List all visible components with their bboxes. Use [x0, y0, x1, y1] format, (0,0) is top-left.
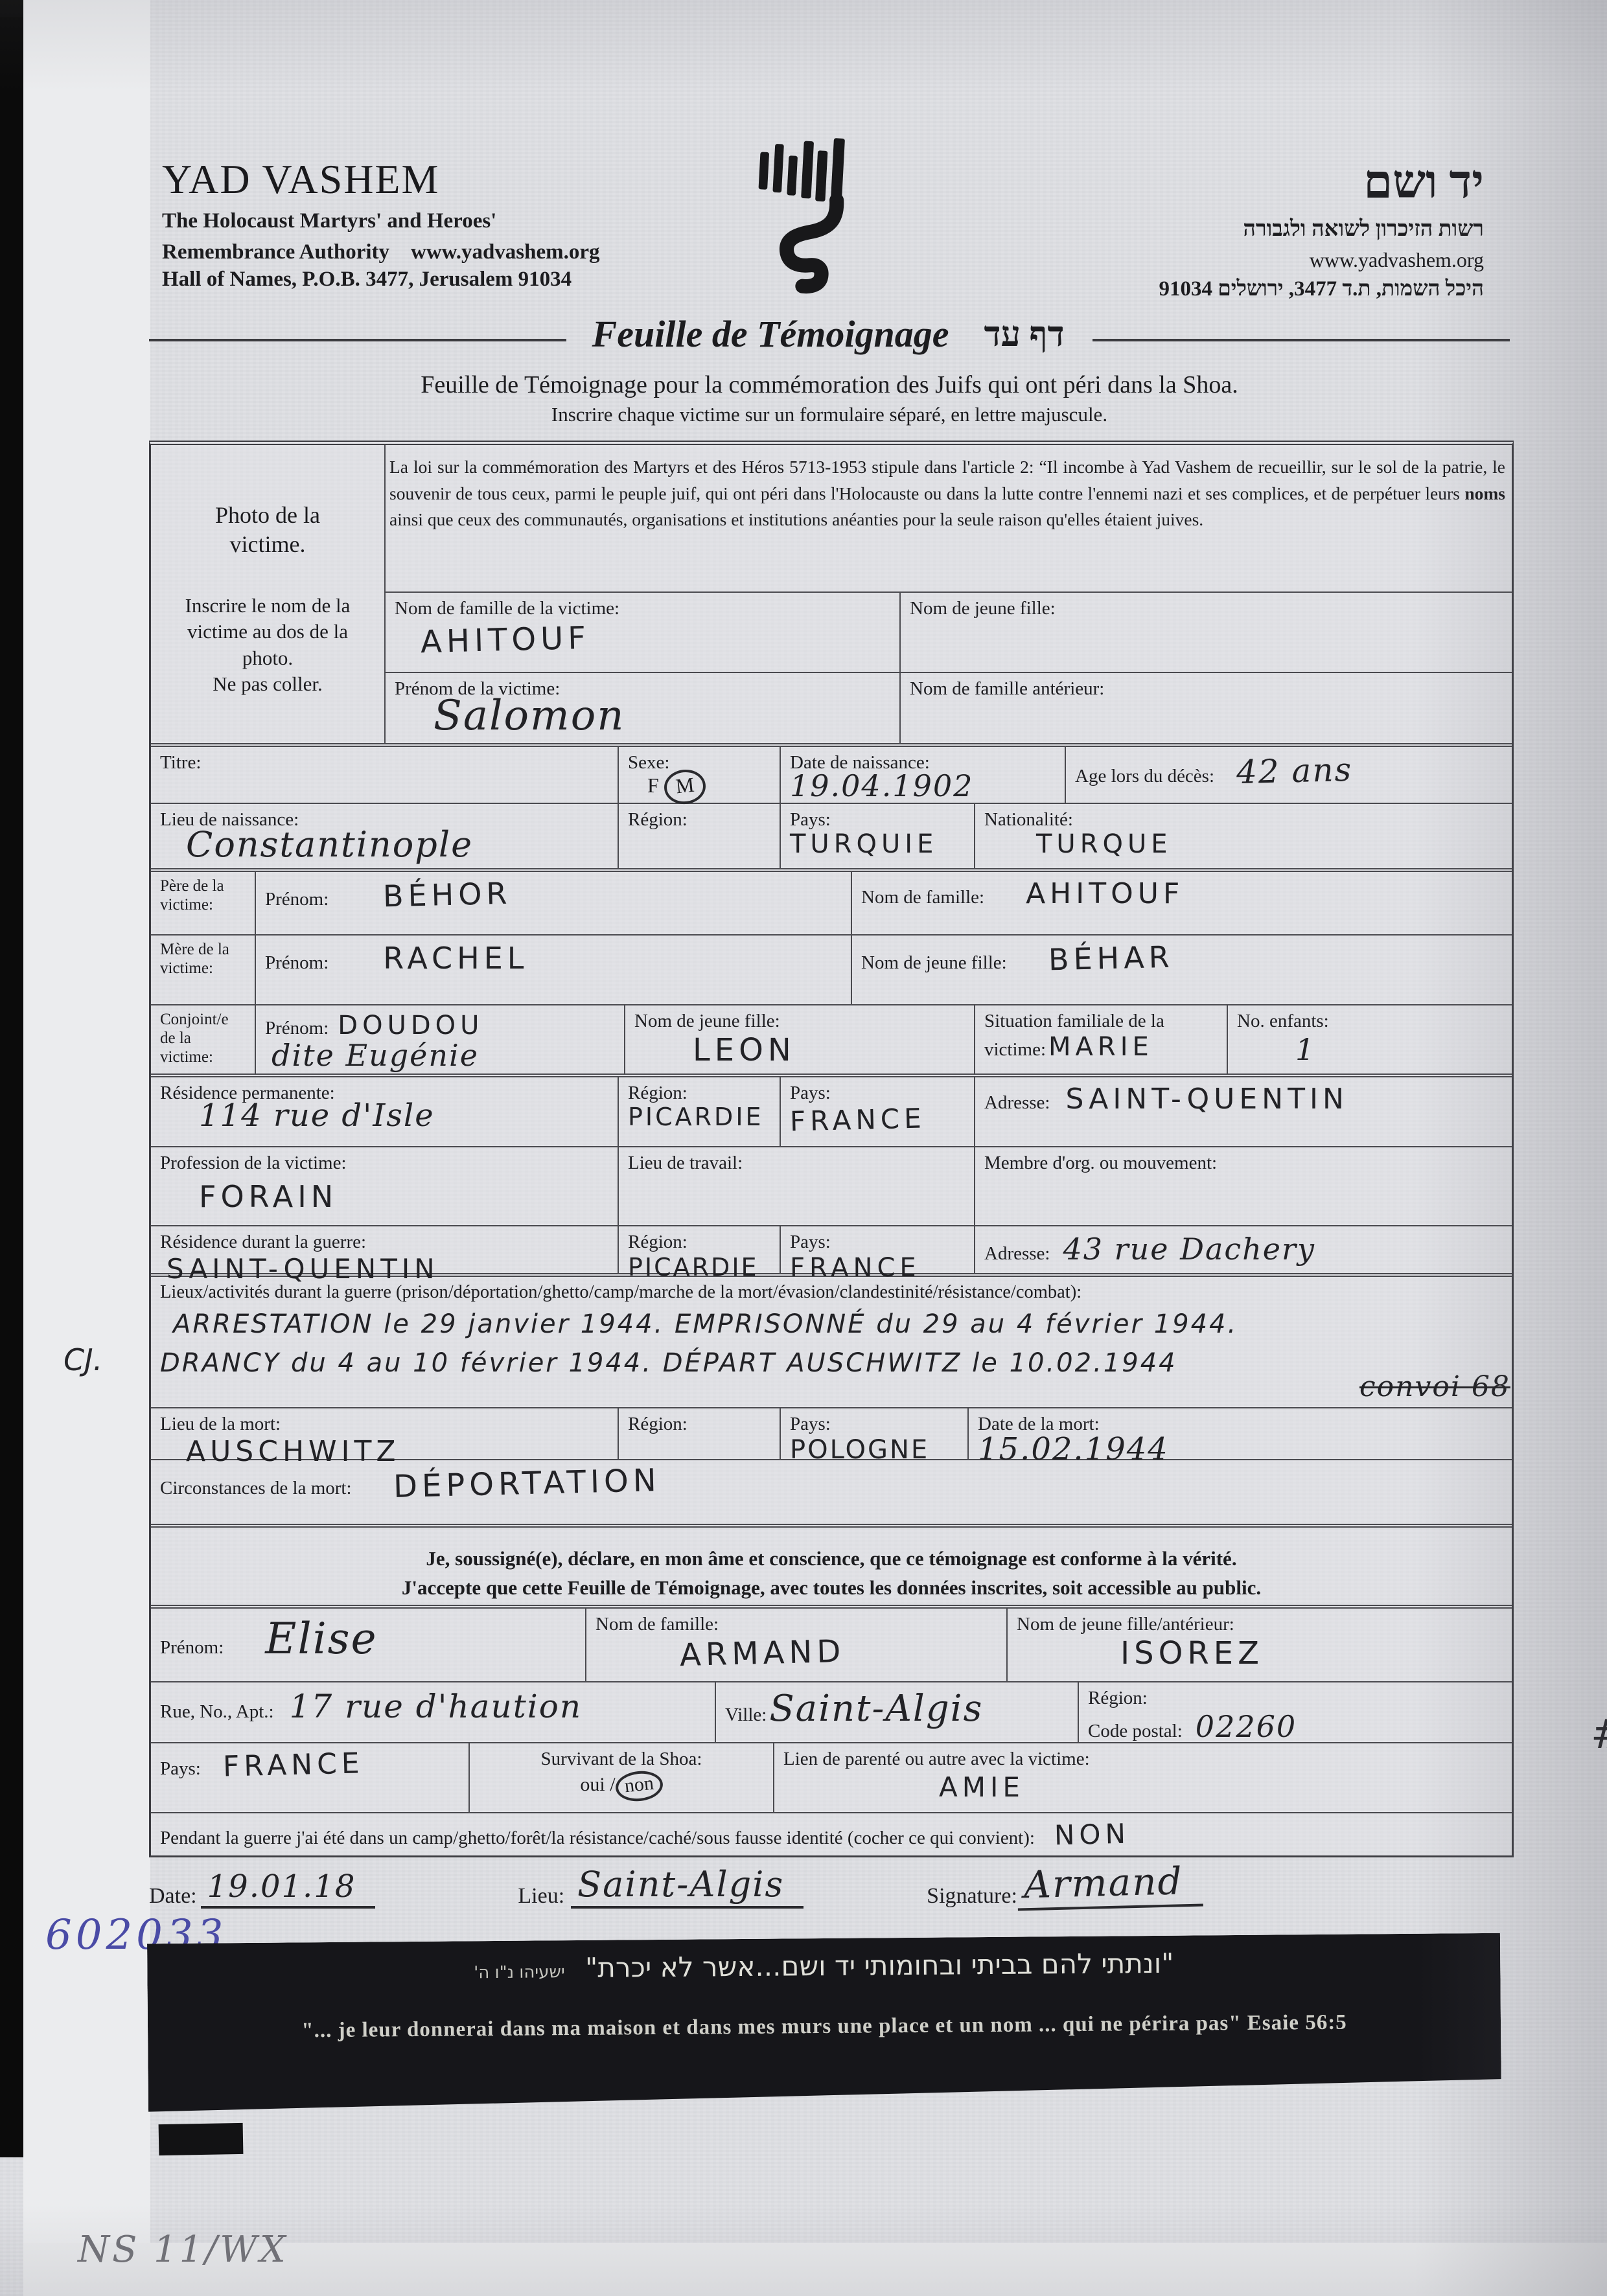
permanent-residence-value: 114 rue d'Isle — [199, 1097, 608, 1134]
during-war-value: NON — [1054, 1818, 1130, 1852]
row-victim-family-name: Nom de famille de la victime: AHITOUF No… — [384, 591, 1512, 672]
yad-vashem-menorah-logo — [745, 136, 855, 324]
testimony-form: Photo de la victime. Inscrire le nom de … — [149, 441, 1514, 1857]
birth-country-label: Pays: — [790, 809, 965, 831]
title-label: Titre: — [160, 752, 608, 774]
witness-city-value: Saint-Algis — [769, 1688, 983, 1730]
field-victim-maiden-name: Nom de jeune fille: — [899, 593, 1512, 672]
sex-option-m: M — [675, 773, 695, 798]
nationality-value: TURQUE — [1036, 829, 1503, 859]
row-death: Lieu de la mort: AUSCHWITZ Région: Pays:… — [151, 1407, 1512, 1459]
row-witness-names: Prénom: Elise Nom de famille: ARMAND Nom… — [151, 1605, 1512, 1681]
field-witness-region-postal: Région: Code postal: 02260 — [1078, 1682, 1512, 1742]
section-photo-law: Photo de la victime. Inscrire le nom de … — [151, 445, 1512, 743]
field-witness-during-war: Pendant la guerre j'ai été dans un camp/… — [151, 1813, 1512, 1855]
law-text-pre: La loi sur la commémoration des Martyrs … — [389, 457, 1505, 503]
field-permanent-residence: Résidence permanente: 114 rue d'Isle — [151, 1077, 618, 1146]
father-first-name-label: Prénom: — [265, 889, 329, 910]
witness-first-name-label: Prénom: — [160, 1637, 224, 1658]
witness-family-label: Nom de famille: — [595, 1614, 997, 1635]
title-rule-right — [1093, 339, 1510, 341]
during-war-label: Pendant la guerre j'ai été dans un camp/… — [160, 1828, 1035, 1848]
footer-signature-value: Armand — [1017, 1859, 1203, 1911]
spouse-marital-value: MARIE — [1048, 1032, 1153, 1062]
row-witness-address: Rue, No., Apt.: 17 rue d'haution Ville: … — [151, 1681, 1512, 1742]
row-witness-country-survivor: Pays: FRANCE Survivant de la Shoa: oui /… — [151, 1742, 1512, 1812]
witness-postal-value: 02260 — [1196, 1709, 1297, 1744]
field-mother-first-name: Prénom: RACHEL — [255, 936, 851, 1004]
spouse-row-label: Conjoint/e de la victime: — [151, 1005, 255, 1073]
sex-option-m-circled: M — [662, 768, 708, 806]
field-birth-place: Lieu de naissance: Constantinople — [151, 804, 618, 868]
field-spouse-first-name: Prénom: DOUDOU dite Eugénie — [255, 1005, 624, 1073]
field-workplace: Lieu de travail: — [618, 1147, 974, 1225]
witness-country-value: FRANCE — [222, 1747, 364, 1783]
war-address-label: Adresse: — [984, 1243, 1050, 1264]
mother-maiden-value: BÉHAR — [1048, 939, 1174, 978]
law-text-bold: noms — [1464, 483, 1505, 503]
witness-relation-value: AMIE — [939, 1771, 1503, 1803]
row-permanent-residence: Résidence permanente: 114 rue d'Isle Rég… — [151, 1073, 1512, 1146]
birth-region-label: Région: — [628, 809, 770, 831]
field-death-place: Lieu de la mort: AUSCHWITZ — [151, 1408, 618, 1459]
row-death-circumstances: Circonstances de la mort: DÉPORTATION — [151, 1459, 1512, 1524]
field-age-at-death: Age lors du décès: 42 ans — [1065, 747, 1512, 803]
field-witness-country: Pays: FRANCE — [151, 1743, 468, 1812]
banner-hebrew-reference: ישעיהו נ"ו ה' — [474, 1962, 565, 1982]
row-mother: Mère de la victime: Prénom: RACHEL Nom d… — [151, 934, 1512, 1004]
banner-hebrew-quote: "ונתתי להם בביתי ובחומותי יד ושם...אשר ל… — [147, 1945, 1500, 1987]
org-membership-label: Membre d'org. ou mouvement: — [984, 1153, 1503, 1174]
photo-note-2: Ne pas coller. — [213, 672, 323, 695]
field-death-date: Date de la mort: 15.02.1944 — [967, 1408, 1512, 1459]
row-war-activities: Lieux/activités durant la guerre (prison… — [151, 1273, 1512, 1407]
residence-country-value: FRANCE — [789, 1102, 926, 1137]
victim-first-name-value: Salomon — [434, 692, 890, 740]
witness-postal-label: Code postal: — [1088, 1721, 1183, 1741]
org-subtitle-hebrew: רשות הזיכרון לשואה ולגבורה — [1037, 217, 1484, 242]
intro-line-1: Feuille de Témoignage pour la commémorat… — [149, 371, 1510, 399]
law-paragraph: La loi sur la commémoration des Martyrs … — [384, 445, 1512, 591]
declaration-line2: J'accepte que cette Feuille de Témoignag… — [402, 1576, 1261, 1599]
row-father: Père de la victime: Prénom: BÉHOR Nom de… — [151, 868, 1512, 934]
victim-maiden-name-label: Nom de jeune fille: — [910, 598, 1503, 619]
father-family-label: Nom de famille: — [861, 887, 984, 908]
archive-code-pencil: NS 11/WX — [78, 2229, 288, 2271]
field-profession: Profession de la victime: FORAIN — [151, 1147, 618, 1225]
residence-address-label: Adresse: — [984, 1092, 1050, 1113]
nationality-label: Nationalité: — [984, 809, 1503, 831]
witness-family-value: ARMAND — [679, 1633, 846, 1673]
field-victim-family-name: Nom de famille de la victime: AHITOUF — [384, 593, 899, 672]
war-region-label: Région: — [628, 1232, 770, 1253]
memorial-banner: "ונתתי להם בביתי ובחומותי יד ושם...אשר ל… — [147, 1933, 1501, 2113]
mother-first-name-label: Prénom: — [265, 952, 329, 973]
org-website: www.yadvashem.org — [411, 240, 600, 264]
witness-street-value: 17 rue d'haution — [290, 1688, 582, 1725]
witness-country-label: Pays: — [160, 1758, 201, 1779]
field-death-circumstances: Circonstances de la mort: DÉPORTATION — [151, 1460, 1512, 1524]
field-war-activities: Lieux/activités durant la guerre (prison… — [151, 1277, 1512, 1407]
declaration-text: Je, soussigné(e), déclare, en mon âme et… — [151, 1528, 1512, 1605]
spouse-children-label: No. enfants: — [1237, 1011, 1503, 1032]
survivor-option-yes: oui / — [580, 1774, 615, 1795]
residence-address-value: SAINT-QUENTIN — [1065, 1083, 1348, 1116]
witness-street-label: Rue, No., Apt.: — [160, 1701, 274, 1722]
mother-row-label: Mère de la victime: — [151, 936, 255, 1004]
field-nationality: Nationalité: TURQUE — [974, 804, 1512, 868]
declaration-line1: Je, soussigné(e), déclare, en mon âme et… — [426, 1547, 1236, 1570]
field-father-family-name: Nom de famille: AHITOUF — [851, 872, 1512, 934]
title-rule-left — [149, 339, 566, 341]
field-witness-first-name: Prénom: Elise — [151, 1609, 585, 1681]
field-victim-former-name: Nom de famille antérieur: — [899, 673, 1512, 743]
field-birth-region: Région: — [618, 804, 780, 868]
footer-place-label: Lieu: — [518, 1884, 564, 1909]
victim-former-name-label: Nom de famille antérieur: — [910, 678, 1503, 700]
field-death-country: Pays: POLOGNE — [780, 1408, 967, 1459]
org-name: YAD VASHEM — [162, 155, 713, 203]
field-war-region: Région: PICARDIE — [618, 1226, 780, 1273]
form-title-band: Feuille de Témoignage דף עד — [149, 312, 1510, 356]
war-activities-line2: DRANCY du 4 au 10 février 1944. DÉPART A… — [160, 1348, 1503, 1378]
scan-edge-strip — [0, 0, 23, 2157]
mother-first-name-value: RACHEL — [383, 941, 528, 976]
footer-date-value: 19.01.18 — [201, 1868, 376, 1909]
field-title: Titre: — [151, 747, 618, 803]
field-birth-country: Pays: TURQUIE — [780, 804, 974, 868]
mother-row-label-text: Mère de la victime: — [160, 941, 246, 978]
field-residence-country: Pays: FRANCE — [780, 1077, 974, 1146]
org-address-hebrew: היכל השמות, ת.ד 3477, ירושלים 91034 — [1037, 277, 1484, 301]
field-war-country: Pays: FRANCE — [780, 1226, 974, 1273]
photo-box-note: Inscrire le nom de la victime au dos de … — [170, 593, 365, 697]
row-birth-place: Lieu de naissance: Constantinople Région… — [151, 803, 1512, 868]
spouse-first-name-value: DOUDOU — [338, 1011, 483, 1040]
witness-survivor-label: Survivant de la Shoa: — [479, 1749, 764, 1770]
father-row-label-text: Père de la victime: — [160, 877, 246, 915]
row-war-residence: Résidence durant la guerre: SAINT-QUENTI… — [151, 1225, 1512, 1273]
death-country-label: Pays: — [790, 1414, 958, 1435]
org-subtitle-2-bold: Remembrance Authority — [162, 240, 389, 264]
residence-region-label: Région: — [628, 1083, 770, 1104]
field-spouse-maiden-name: Nom de jeune fille: LEON — [624, 1005, 974, 1073]
photo-box-heading: Photo de la victime. — [196, 501, 339, 559]
spouse-children-value: 1 — [1295, 1032, 1503, 1067]
war-activities-line1: ARRESTATION le 29 janvier 1944. EMPRISON… — [173, 1309, 1503, 1339]
mother-maiden-label: Nom de jeune fille: — [861, 952, 1007, 973]
sex-option-f: F — [647, 774, 659, 797]
photo-box: Photo de la victime. Inscrire le nom de … — [151, 445, 384, 743]
convoi-note: convoi 68 — [1359, 1370, 1510, 1403]
death-circumstances-label: Circonstances de la mort: — [160, 1478, 352, 1498]
field-org-membership: Membre d'org. ou mouvement: — [974, 1147, 1512, 1225]
residence-region-value: PICARDIE — [628, 1103, 770, 1131]
org-header-en: YAD VASHEM The Holocaust Martyrs' and He… — [162, 155, 713, 293]
banner-corner-chip — [159, 2123, 244, 2155]
spouse-row-label-text: Conjoint/e de la victime: — [160, 1011, 246, 1066]
field-witness-city: Ville: Saint-Algis — [715, 1682, 1078, 1742]
witness-first-name-value: Elise — [265, 1614, 377, 1664]
law-text-post: ainsi que ceux des communautés, organisa… — [389, 509, 1203, 529]
birth-date-value: 19.04.1902 — [790, 768, 1056, 803]
row-victim-first-name: Prénom de la victime: Salomon Nom de fam… — [384, 672, 1512, 743]
witness-maiden-value: ISOREZ — [1120, 1635, 1503, 1671]
witness-relation-label: Lien de parenté ou autre avec la victime… — [783, 1749, 1503, 1770]
photo-note-1: Inscrire le nom de la victime au dos de … — [185, 594, 351, 669]
banner-french-quote: "... je leur donnerai dans ma maison et … — [148, 2010, 1501, 2044]
residence-country-label: Pays: — [790, 1083, 965, 1104]
org-header-he: יד ושם רשות הזיכרון לשואה ולגבורה www.ya… — [1037, 155, 1484, 301]
survivor-option-no-circled: non — [614, 1769, 664, 1803]
father-first-name-value: BÉHOR — [383, 876, 513, 914]
age-at-death-value: 42 ans — [1236, 751, 1353, 791]
profession-label: Profession de la victime: — [160, 1153, 608, 1174]
survivor-option-no: non — [623, 1773, 654, 1797]
field-birth-date: Date de naissance: 19.04.1902 — [780, 747, 1065, 803]
spouse-first-name-alias: dite Eugénie — [272, 1038, 615, 1073]
death-place-label: Lieu de la mort: — [160, 1414, 608, 1435]
workplace-label: Lieu de travail: — [628, 1153, 965, 1174]
spouse-maiden-label: Nom de jeune fille: — [634, 1011, 965, 1032]
war-activities-label: Lieux/activités durant la guerre (prison… — [160, 1282, 1503, 1303]
footer-signature-label: Signature: — [927, 1884, 1017, 1909]
footer-place-value: Saint-Algis — [571, 1864, 803, 1909]
intro-line-2: Inscrire chaque victime sur un formulair… — [149, 403, 1510, 426]
field-residence-address: Adresse: SAINT-QUENTIN — [974, 1077, 1512, 1146]
org-subtitle-2: Remembrance Authority www.yadvashem.org — [162, 238, 713, 266]
org-subtitle-1: The Holocaust Martyrs' and Heroes' — [162, 207, 713, 235]
field-witness-survivor: Survivant de la Shoa: oui /non — [468, 1743, 773, 1812]
field-witness-relation: Lien de parenté ou autre avec la victime… — [773, 1743, 1512, 1812]
war-country-label: Pays: — [790, 1232, 965, 1253]
field-witness-maiden-name: Nom de jeune fille/antérieur: ISOREZ — [1006, 1609, 1512, 1681]
field-mother-maiden-name: Nom de jeune fille: BÉHAR — [851, 936, 1512, 1004]
field-spouse-marital-status: Situation familiale de la victime: MARIE — [974, 1005, 1227, 1073]
field-spouse-children: No. enfants: 1 — [1227, 1005, 1512, 1073]
org-website-hebrew-block: www.yadvashem.org — [1037, 248, 1484, 272]
spouse-maiden-value: LEON — [693, 1032, 965, 1068]
birth-country-value: TURQUIE — [790, 829, 965, 859]
field-residence-region: Région: PICARDIE — [618, 1077, 780, 1146]
field-death-region: Région: — [618, 1408, 780, 1459]
row-spouse: Conjoint/e de la victime: Prénom: DOUDOU… — [151, 1004, 1512, 1073]
war-address-value: 43 rue Dachery — [1063, 1232, 1315, 1267]
form-title-hebrew: דף עד — [975, 314, 1073, 354]
victim-family-name-value: AHITOUF — [420, 620, 590, 660]
father-row-label: Père de la victime: — [151, 872, 255, 934]
witness-city-label: Ville: — [725, 1705, 767, 1725]
row-title-sex-birth: Titre: Sexe: F M Date de naissance: 19.0… — [151, 743, 1512, 803]
victim-family-name-label: Nom de famille de la victime: — [395, 598, 890, 619]
row-declaration: Je, soussigné(e), déclare, en mon âme et… — [151, 1524, 1512, 1605]
field-war-residence: Résidence durant la guerre: SAINT-QUENTI… — [151, 1226, 618, 1273]
field-war-address: Adresse: 43 rue Dachery — [974, 1226, 1512, 1273]
registration-number: #3155828 — [1591, 1710, 1607, 1758]
witness-region-label: Région: — [1088, 1688, 1503, 1709]
father-family-value: AHITOUF — [1026, 877, 1184, 910]
form-title-french: Feuille de Témoignage — [586, 312, 956, 356]
margin-note-cj: CJ. — [64, 1342, 102, 1377]
profession-value: FORAIN — [199, 1179, 608, 1214]
age-at-death-label: Age lors du décès: — [1075, 766, 1214, 786]
death-circumstances-value: DÉPORTATION — [393, 1462, 661, 1505]
witness-maiden-label: Nom de jeune fille/antérieur: — [1017, 1614, 1503, 1635]
death-region-label: Région: — [628, 1414, 770, 1435]
field-victim-first-name: Prénom de la victime: Salomon — [384, 673, 899, 743]
field-witness-street: Rue, No., Apt.: 17 rue d'haution — [151, 1682, 715, 1742]
war-residence-label: Résidence durant la guerre: — [160, 1232, 608, 1253]
field-witness-family-name: Nom de famille: ARMAND — [585, 1609, 1006, 1681]
row-profession: Profession de la victime: FORAIN Lieu de… — [151, 1146, 1512, 1225]
scanned-testimony-page: 602033 NS 11/WX #3155828 CJ. YAD VASHEM … — [0, 0, 1607, 2296]
org-address: Hall of Names, P.O.B. 3477, Jerusalem 91… — [162, 266, 713, 293]
footer-signature-row: Date: 19.01.18 Lieu: Saint-Algis Signatu… — [149, 1861, 1510, 1909]
birth-place-value: Constantinople — [186, 824, 608, 865]
org-name-hebrew: יד ושם — [1037, 155, 1484, 209]
field-sex: Sexe: F M — [618, 747, 780, 803]
field-father-first-name: Prénom: BÉHOR — [255, 872, 851, 934]
spouse-first-name-label: Prénom: — [265, 1018, 329, 1039]
footer-date-label: Date: — [149, 1884, 197, 1909]
row-witness-during-war: Pendant la guerre j'ai été dans un camp/… — [151, 1812, 1512, 1855]
banner-hebrew-quote-text: "ונתתי להם בביתי ובחומותי יד ושם...אשר ל… — [585, 1947, 1174, 1984]
